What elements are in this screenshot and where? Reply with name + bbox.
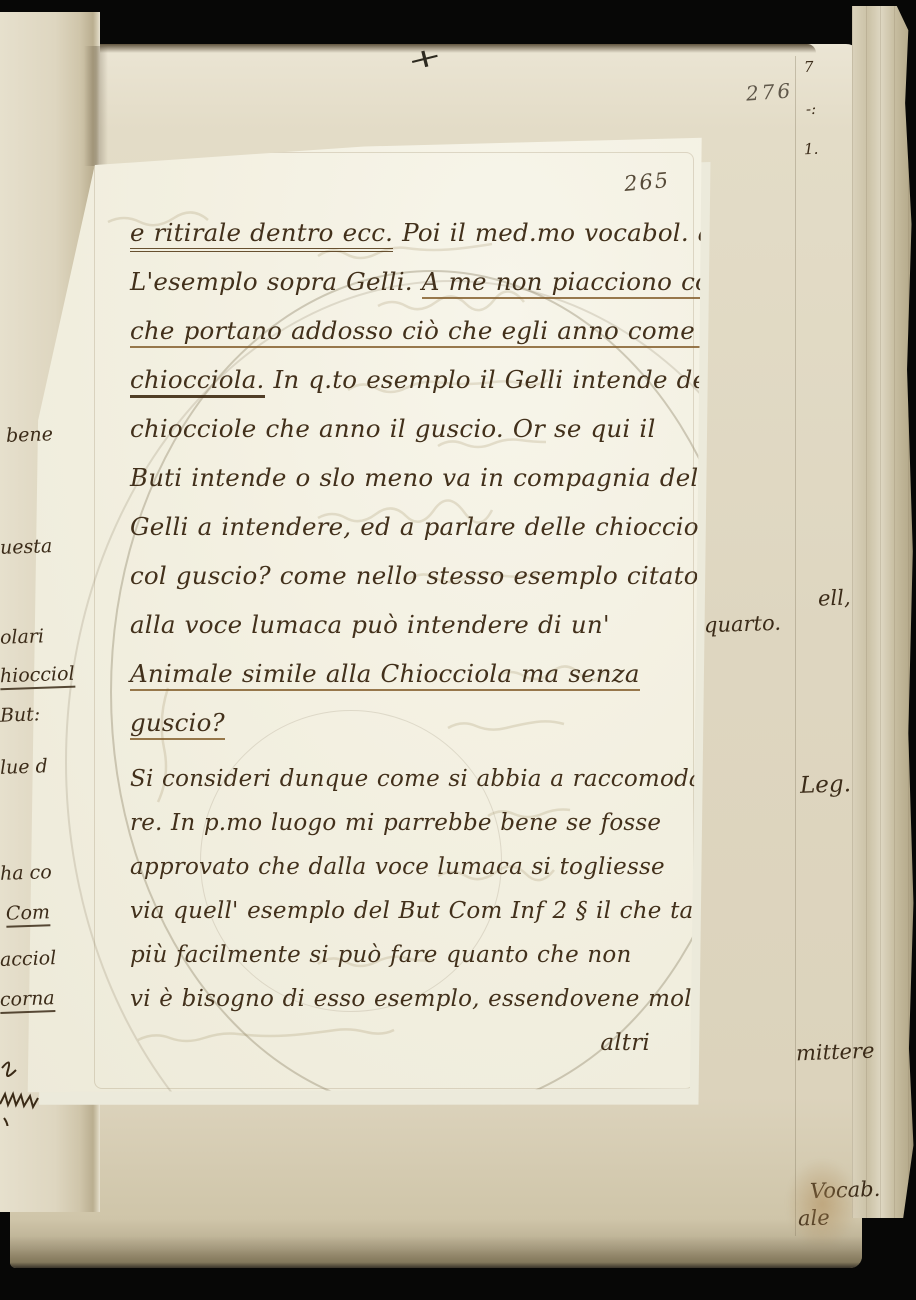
manuscript-text-segment: chiocciole che anno il guscio. Or se qui…: [130, 414, 655, 443]
edge-text-fragment: olari: [0, 625, 44, 649]
folio-number-inner: 265: [623, 168, 671, 196]
margin-note: 7: [804, 58, 814, 76]
margin-note: mittere: [796, 1039, 875, 1066]
edge-text-fragment: acciol: [0, 947, 57, 971]
manuscript-text-segment: guscio?: [130, 708, 225, 740]
manuscript-text-segment: alla voce lumaca può intendere di un': [130, 610, 610, 639]
edge-text-fragment: ha co: [0, 861, 52, 885]
book-bottom-edge: [10, 1236, 862, 1268]
manuscript-line: chiocciola. In q.to esemplo il Gelli int…: [130, 355, 702, 404]
folio-number-outer: 276: [745, 78, 794, 105]
manuscript-line: chiocciole che anno il guscio. Or se qui…: [130, 404, 702, 453]
manuscript-text-segment: approvato che dalla voce lumaca si togli…: [130, 854, 665, 880]
manuscript-line: L'esemplo sopra Gelli. A me non piaccion…: [130, 257, 702, 306]
ink-scribble: [0, 1056, 46, 1126]
manuscript-text-segment: altri: [600, 1030, 650, 1056]
manuscript-line: Si consideri dunque come si abbia a racc…: [130, 757, 702, 801]
manuscript-line: Gelli a intendere, ed a parlare delle ch…: [130, 502, 702, 551]
manuscript-text-segment: L'esemplo sopra Gelli.: [130, 267, 422, 296]
manuscript-line: alla voce lumaca può intendere di un': [130, 600, 702, 649]
edge-text-fragment: uesta: [0, 535, 53, 559]
edge-text-fragment: corna: [0, 987, 55, 1014]
manuscript-text-segment: più facilmente si può fare quanto che no…: [130, 942, 631, 968]
manuscript-text-segment: Buti intende o slo meno va in compagnia …: [130, 463, 698, 492]
margin-note: ell,: [818, 585, 851, 610]
manuscript-line: altri: [130, 1021, 702, 1065]
manuscript-leaf: 265 e ritirale dentro ecc. Poi il med.mo…: [18, 128, 710, 1103]
manuscript-line: approvato che dalla voce lumaca si togli…: [130, 845, 702, 889]
manuscript-text-segment: In q.to esemplo il Gelli intende delle: [265, 365, 738, 394]
manuscript-paragraph: e ritirale dentro ecc. Poi il med.mo voc…: [130, 208, 702, 747]
manuscript-text-segment: e ritirale dentro ecc.: [130, 218, 393, 252]
manuscript-text-segment: Gelli a intendere, ed a parlare delle ch…: [130, 512, 721, 541]
manuscript-text-segment: Si consideri dunque come si abbia a racc…: [130, 766, 703, 792]
manuscript-line: e ritirale dentro ecc. Poi il med.mo voc…: [130, 208, 702, 257]
manuscript-text-segment: che portano addosso ciò che egli anno co…: [130, 316, 727, 348]
margin-note: Leg.: [800, 771, 852, 799]
edge-text-fragment: lue d: [0, 755, 48, 779]
manuscript-line: guscio?: [130, 698, 702, 747]
manuscript-line: Buti intende o slo meno va in compagnia …: [130, 453, 702, 502]
manuscript-line: re. In p.mo luogo mi parrebbe bene se fo…: [130, 801, 702, 845]
manuscript-text-segment: via quell' esemplo del But Com Inf 2 § i…: [130, 898, 732, 924]
manuscript-line: via quell' esemplo del But Com Inf 2 § i…: [130, 889, 702, 933]
edge-text-fragment: bene: [6, 423, 54, 447]
margin-note: -:: [806, 100, 817, 118]
edge-text-fragment: hiocciol: [0, 663, 75, 691]
edge-text-fragment: Com: [6, 901, 51, 928]
edge-text-fragment: But:: [0, 703, 41, 726]
manuscript-line: più facilmente si può fare quanto che no…: [130, 933, 702, 977]
gutter-fold-shadow: [84, 46, 108, 166]
margin-note: quarto.: [704, 611, 782, 638]
margin-note: 1.: [804, 140, 819, 158]
manuscript-line: vi è bisogno di esso esemplo, essendoven…: [130, 977, 702, 1021]
page-edge-stack: [852, 6, 916, 1218]
manuscript-text-segment: col guscio? come nello stesso esemplo ci…: [130, 561, 699, 590]
manuscript-text-segment: Animale simile alla Chiocciola ma senza: [130, 659, 640, 691]
manuscript-text-segment: re. In p.mo luogo mi parrebbe bene se fo…: [130, 810, 661, 836]
manuscript-paragraph: Si consideri dunque come si abbia a racc…: [130, 757, 702, 1065]
manuscript-text-segment: vi è bisogno di esso esemplo, essendoven…: [130, 986, 709, 1012]
manuscript-line: Animale simile alla Chiocciola ma senza: [130, 649, 702, 698]
manuscript-photo: 265 e ritirale dentro ecc. Poi il med.mo…: [0, 0, 916, 1300]
manuscript-text-segment: chiocciola.: [130, 365, 265, 398]
manuscript-line: col guscio? come nello stesso esemplo ci…: [130, 551, 702, 600]
manuscript-line: che portano addosso ciò che egli anno co…: [130, 306, 702, 355]
manuscript-text: e ritirale dentro ecc. Poi il med.mo voc…: [130, 208, 702, 1065]
